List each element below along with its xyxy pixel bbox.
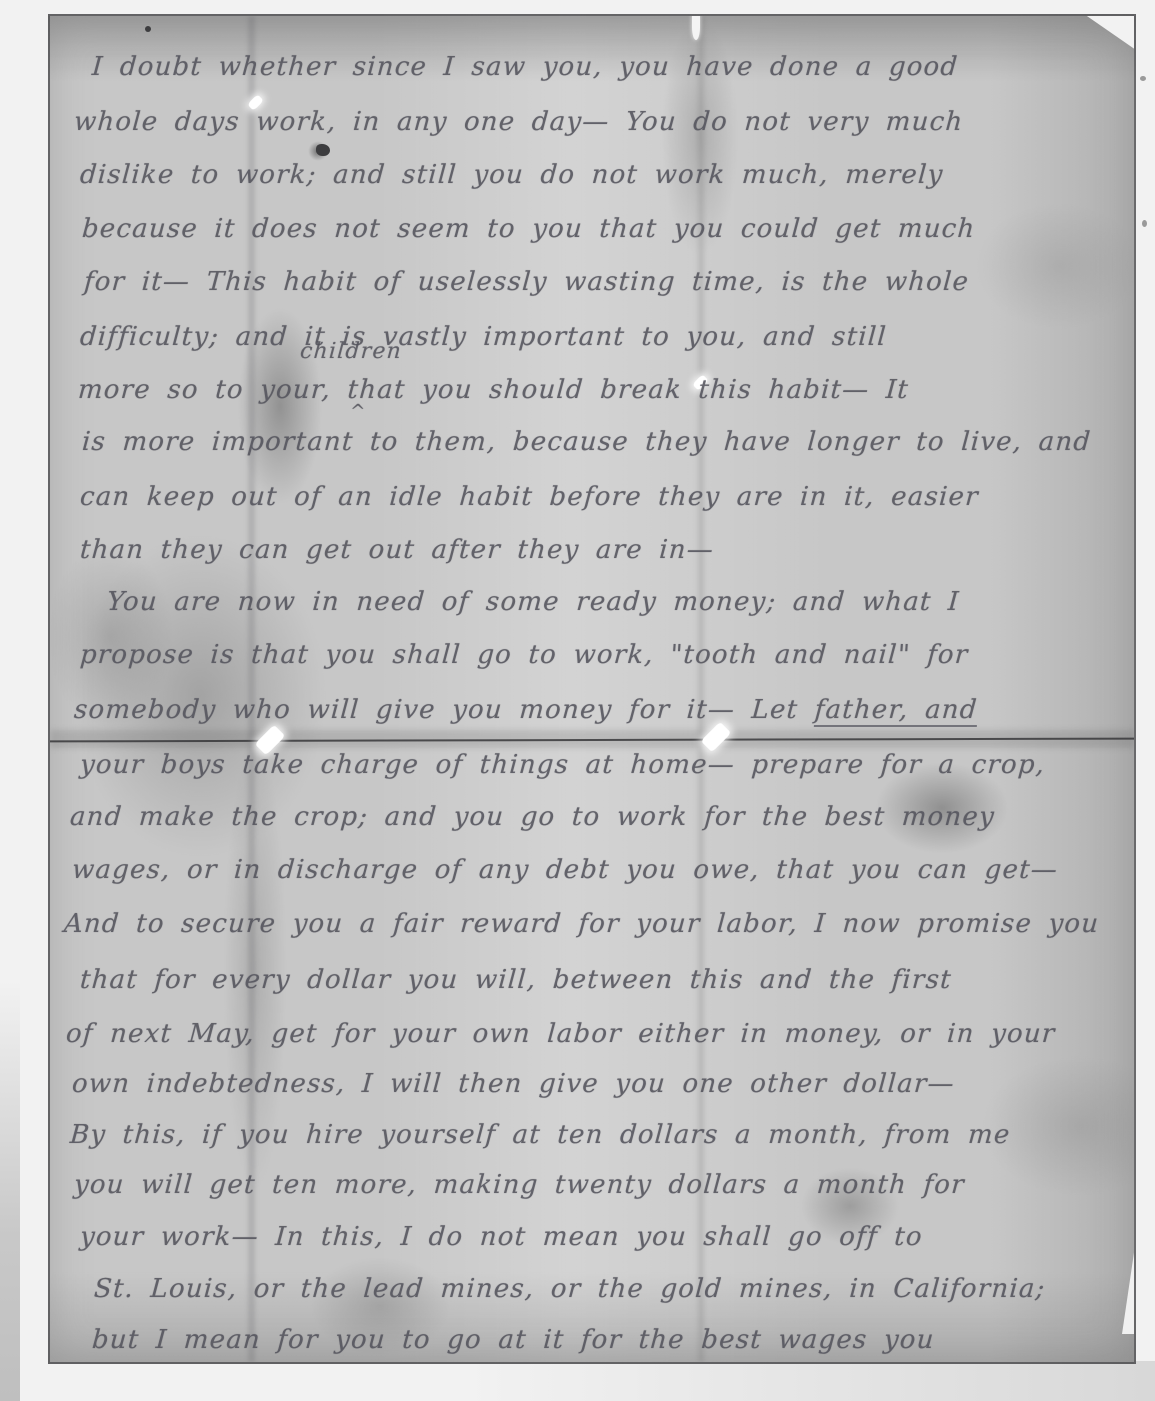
letter-line: whole days work, in any one day— You do … [73,105,965,139]
letter-line: can keep out of an idle habit before the… [79,480,980,514]
letter-line: And to secure you a fair reward for your… [63,907,1101,941]
letter-line: you will get ten more, making twenty dol… [73,1168,966,1202]
insertion-caret: ^ [349,402,367,422]
margin-speck [1142,220,1147,227]
letter-line: wages, or in discharge of any debt you o… [71,853,1059,887]
letter-line: because it does not seem to you that you… [81,212,977,246]
scanned-letter-page: I doubt whether since I saw you, you hav… [0,0,1155,1401]
letter-line: for it— This habit of uselessly wasting … [83,265,971,299]
letter-line: is more important to them, because they … [81,425,1093,459]
inserted-word: children [299,338,403,366]
letter-line: own indebtedness, I will then give you o… [71,1067,956,1101]
letter-line: propose is that you shall go to work, "t… [79,638,970,672]
letter-line: St. Louis, or the lead mines, or the gol… [93,1272,1047,1306]
letter-line: dislike to work; and still you do not wo… [79,158,945,192]
handwritten-text: I doubt whether since I saw you, you hav… [50,16,1134,1362]
scanner-margin-streak [0,980,20,1401]
letter-line: than they can get out after they are in— [79,533,715,567]
letter-line: and make the crop; and you go to work fo… [69,800,996,834]
line-segment: somebody who will give you money for it—… [73,695,816,725]
margin-speck [1140,76,1146,81]
letter-line: your boys take charge of things at home—… [79,748,1047,782]
underlined-word: father, and [814,695,979,727]
letter-paper: I doubt whether since I saw you, you hav… [48,14,1136,1364]
scanner-margin-shade [0,1361,1155,1401]
letter-line: of next May, get for your own labor eith… [65,1017,1057,1051]
letter-line: that for every dollar you will, between … [79,963,953,997]
letter-line: I doubt whether since I saw you, you hav… [91,50,960,84]
letter-line: but I mean for you to go at it for the b… [91,1323,936,1357]
letter-line: difficulty; and it is vastly important t… [79,320,888,354]
letter-line: your work— In this, I do not mean you sh… [79,1220,924,1254]
letter-line: You are now in need of some ready money;… [106,585,961,619]
letter-line: more so to your, that you should break t… [77,373,910,407]
letter-line: By this, if you hire yourself at ten dol… [69,1118,1012,1152]
letter-line: somebody who will give you money for it—… [73,693,979,727]
